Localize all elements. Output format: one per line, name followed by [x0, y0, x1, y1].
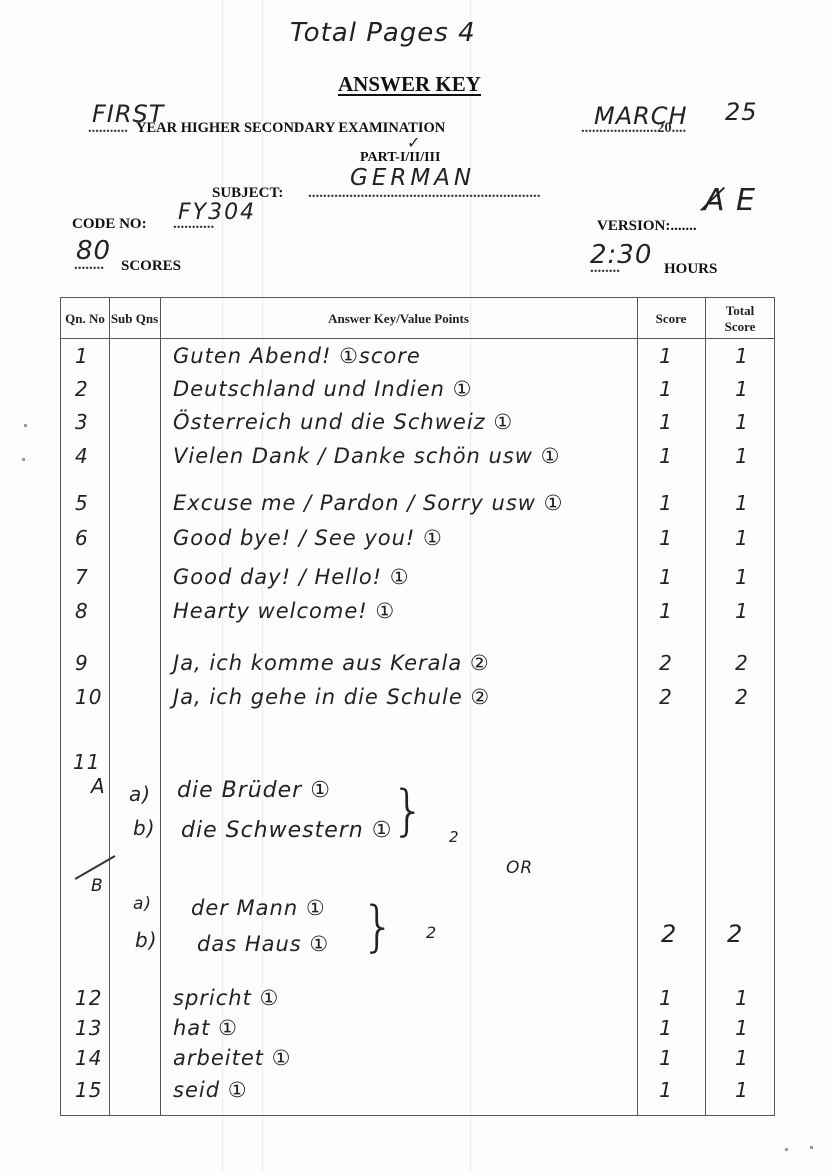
column-header-score: Score: [637, 298, 705, 339]
table-row: 13hat ①11: [61, 1013, 774, 1043]
brace-icon: }: [361, 900, 395, 954]
score-value: 1: [641, 596, 691, 626]
table-row: 3Österreich und die Schweiz ①11: [61, 407, 774, 437]
score-value: 1: [641, 1075, 691, 1105]
table-row: 15seid ①11: [61, 1075, 774, 1105]
part-total: 2: [449, 828, 460, 846]
answer-key-table: Qn. No Sub Qns Answer Key/Value Points S…: [60, 297, 775, 1116]
answer-text: Vielen Dank / Danke schön usw ①: [173, 441, 560, 471]
question-number: 14: [75, 1043, 102, 1073]
page-title: ANSWER KEY: [338, 72, 481, 97]
total-score-value: 2: [727, 920, 743, 948]
answer-text: Österreich und die Schweiz ①: [173, 407, 513, 437]
column-header-qn: Qn. No: [61, 298, 109, 339]
answer-text: spricht ①: [173, 983, 279, 1013]
score-value: 2: [661, 920, 677, 948]
score-value: 1: [641, 523, 691, 553]
column-header-sub: Sub Qns: [109, 298, 160, 339]
answer-text: Excuse me / Pardon / Sorry usw ①: [173, 488, 563, 518]
table-row: 10Ja, ich gehe in die Schule ②22: [61, 682, 774, 712]
total-score-value: 2: [709, 682, 775, 712]
answer-text: Good day! / Hello! ①: [173, 562, 410, 592]
question-number: 5: [75, 488, 89, 518]
scores-label: SCORES: [121, 258, 181, 275]
question-number: 12: [75, 983, 102, 1013]
code-label: CODE NO:: [72, 216, 147, 233]
total-score-value: 1: [709, 523, 775, 553]
score-value: 2: [641, 648, 691, 678]
total-score-value: 1: [709, 488, 775, 518]
sub-question: b): [133, 816, 156, 840]
question-number: 8: [75, 596, 89, 626]
total-score-value: 1: [709, 407, 775, 437]
score-value: 2: [641, 682, 691, 712]
score-value: 1: [641, 374, 691, 404]
total-score-value: 1: [709, 1075, 775, 1105]
table-row: 8Hearty welcome! ①11: [61, 596, 774, 626]
answer-text: hat ①: [173, 1013, 238, 1043]
subject-value: GERMAN: [350, 165, 475, 191]
scan-speck: [810, 1146, 813, 1149]
part-b-label: B: [91, 876, 104, 896]
total-score-value: 1: [709, 596, 775, 626]
score-value: 1: [641, 983, 691, 1013]
table-row: 14arbeitet ①11: [61, 1043, 774, 1073]
table-row: 4Vielen Dank / Danke schön usw ①11: [61, 441, 774, 471]
question-number: 4: [75, 441, 89, 471]
or-label: OR: [506, 858, 533, 878]
exam-year-value: 25: [725, 98, 758, 126]
score-value: 1: [641, 407, 691, 437]
table-row: 5Excuse me / Pardon / Sorry usw ①11: [61, 488, 774, 518]
answer-text: der Mann ①: [191, 896, 326, 920]
brace-icon: }: [391, 784, 425, 838]
sub-question: a): [129, 782, 151, 806]
answer-text: Ja, ich gehe in die Schule ②: [173, 682, 490, 712]
table-row: 9Ja, ich komme aus Kerala ②22: [61, 648, 774, 678]
answer-text: Guten Abend! ①score: [173, 341, 421, 371]
question-number: 15: [75, 1075, 102, 1105]
sub-question: a): [133, 894, 152, 914]
question-number: 11: [73, 750, 100, 774]
total-score-value: 1: [709, 1043, 775, 1073]
column-header-answer: Answer Key/Value Points: [160, 298, 637, 339]
version-value: A̸ E: [704, 183, 756, 218]
answer-text: die Brüder ①: [177, 778, 331, 803]
score-value: 1: [641, 488, 691, 518]
question-number: 10: [75, 682, 102, 712]
version-label: VERSION:.......: [597, 218, 697, 235]
question-number: 1: [75, 341, 89, 371]
table-row: 2Deutschland und Indien ①11: [61, 374, 774, 404]
hours-label: HOURS: [664, 261, 717, 278]
answer-text: seid ①: [173, 1075, 248, 1105]
answer-text: Ja, ich komme aus Kerala ②: [173, 648, 490, 678]
table-row: 6Good bye! / See you! ①11: [61, 523, 774, 553]
part-a-label: A: [91, 774, 106, 798]
total-score-value: 1: [709, 983, 775, 1013]
answer-text: arbeitet ①: [173, 1043, 291, 1073]
scan-speck: [24, 424, 27, 427]
question-number: 9: [75, 648, 89, 678]
question-number: 7: [75, 562, 89, 592]
total-pages-note: Total Pages 4: [290, 18, 476, 48]
part-total: 2: [426, 923, 437, 942]
scan-speck: [785, 1148, 788, 1151]
exam-month-value: MARCH: [594, 102, 688, 130]
sub-question: b): [135, 928, 158, 952]
code-value: FY304: [178, 200, 256, 225]
total-score-value: 1: [709, 341, 775, 371]
column-header-total: Total Score: [705, 298, 775, 339]
total-score-value: 2: [709, 648, 775, 678]
total-score-value: 1: [709, 1013, 775, 1043]
score-value: 1: [641, 1013, 691, 1043]
score-value: 1: [641, 562, 691, 592]
answer-text: das Haus ①: [197, 932, 329, 956]
table-row: 12spricht ①11: [61, 983, 774, 1013]
answer-text: Good bye! / See you! ①: [173, 523, 443, 553]
answer-text: die Schwestern ①: [181, 818, 392, 843]
exam-title: YEAR HIGHER SECONDARY EXAMINATION: [136, 120, 445, 137]
question-number: 13: [75, 1013, 102, 1043]
score-value: 1: [641, 341, 691, 371]
scores-value: 80: [76, 236, 111, 266]
answer-text: Hearty welcome! ①: [173, 596, 395, 626]
question-number: 2: [75, 374, 89, 404]
question-number: 6: [75, 523, 89, 553]
table-row: 7Good day! / Hello! ①11: [61, 562, 774, 592]
hours-value: 2:30: [590, 240, 652, 270]
total-score-value: 1: [709, 374, 775, 404]
total-score-value: 1: [709, 441, 775, 471]
table-row: 1Guten Abend! ①score11: [61, 341, 774, 371]
scan-speck: [22, 458, 25, 461]
score-value: 1: [641, 441, 691, 471]
question-number: 3: [75, 407, 89, 437]
score-value: 1: [641, 1043, 691, 1073]
answer-text: Deutschland und Indien ①: [173, 374, 472, 404]
total-score-value: 1: [709, 562, 775, 592]
part-label: PART-I/II/III: [360, 150, 440, 166]
